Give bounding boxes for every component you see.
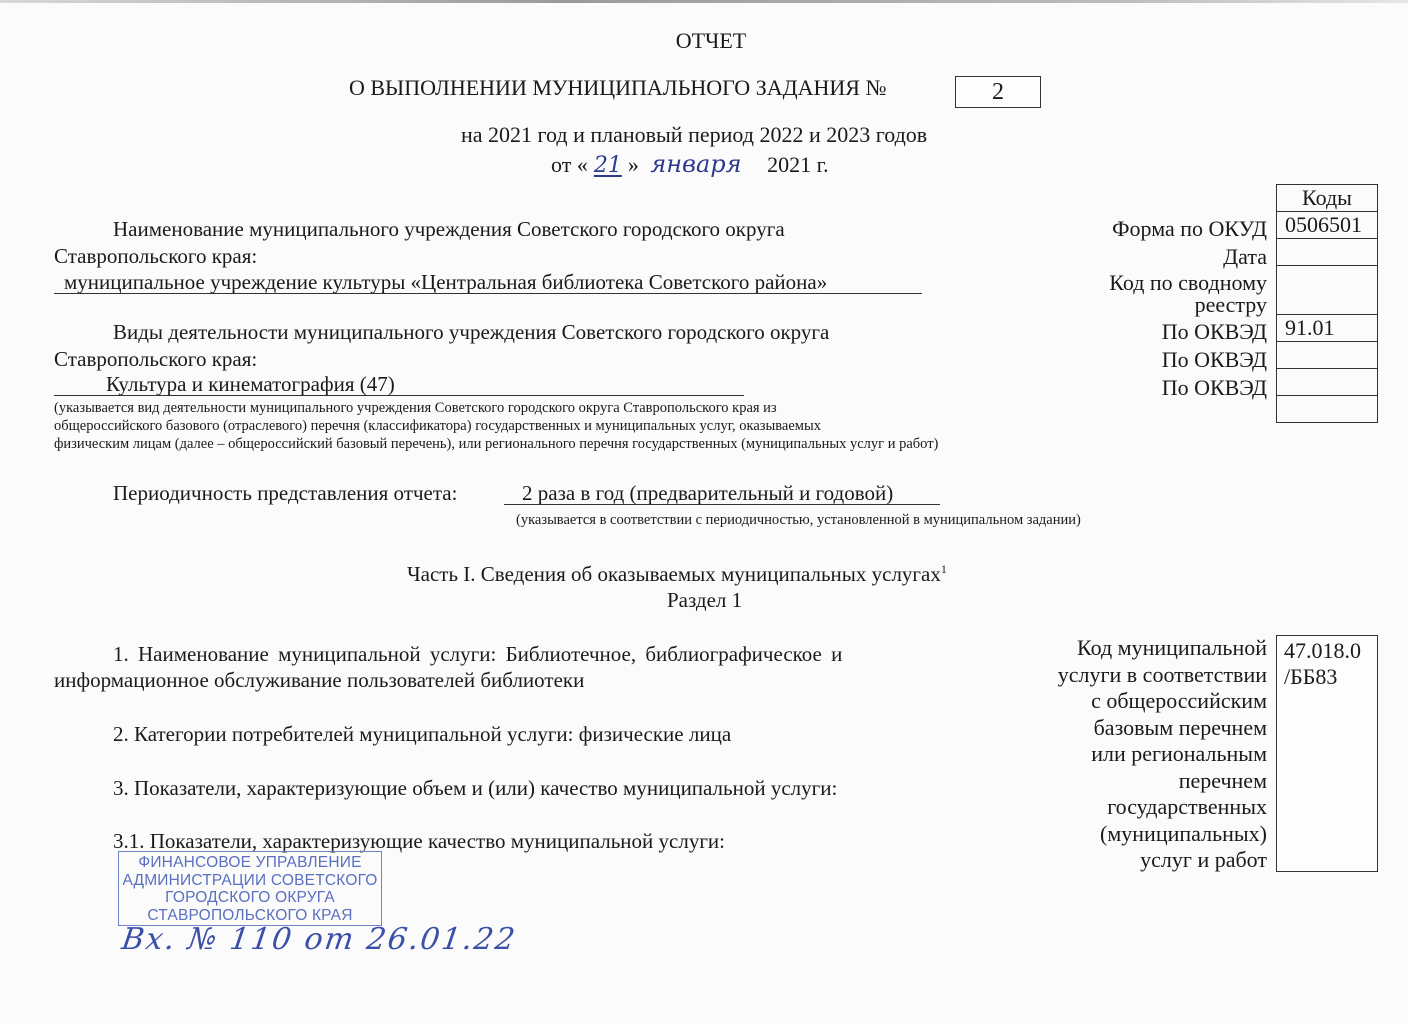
- task-number-box: 2: [955, 76, 1041, 108]
- code-extra: [1277, 396, 1378, 423]
- periodicity-underline: [504, 504, 940, 505]
- periodicity-label: Периодичность представления отчета:: [113, 481, 457, 506]
- stamp-line: ФИНАНСОВОЕ УПРАВЛЕНИЕ: [119, 854, 381, 872]
- service-item-1-line-1: 1. Наименование муниципальной услуги: Би…: [113, 642, 842, 667]
- service-code-value-2: /ББ83: [1284, 664, 1377, 690]
- service-item-3: 3. Показатели, характеризующие объем и (…: [113, 776, 837, 801]
- activity-note-3: физическим лицам (далее – общероссийский…: [54, 435, 938, 453]
- activity-underline: [54, 395, 744, 396]
- service-code-label-line: государственных: [1058, 794, 1267, 821]
- part-title-text: Часть I. Сведения об оказываемых муницип…: [407, 562, 941, 586]
- service-item-2: 2. Категории потребителей муниципальной …: [113, 722, 731, 747]
- service-code-value-1: 47.018.0: [1284, 638, 1377, 664]
- periodicity-note: (указывается в соответствии с периодично…: [516, 511, 1081, 529]
- label-okved-3: По ОКВЭД: [1162, 375, 1267, 401]
- institution-name-value: муниципальное учреждение культуры «Центр…: [64, 270, 827, 295]
- footnote-mark: 1: [941, 562, 947, 576]
- doc-subtitle: О ВЫПОЛНЕНИИ МУНИЦИПАЛЬНОГО ЗАДАНИЯ №: [349, 75, 886, 101]
- label-okved-2: По ОКВЭД: [1162, 347, 1267, 373]
- service-code-box: 47.018.0 /ББ83: [1276, 635, 1378, 872]
- scan-edge: [0, 0, 1408, 3]
- service-code-label: Код муниципальнойуслуги в соответствиис …: [1058, 635, 1267, 874]
- codes-table: Коды 0506501 91.01: [1276, 184, 1378, 423]
- code-date: [1277, 239, 1378, 266]
- stamp-line: ГОРОДСКОГО ОКРУГА: [119, 889, 381, 907]
- date-day: 21: [588, 153, 628, 178]
- stamp-line: АДМИНИСТРАЦИИ СОВЕТСКОГО: [119, 872, 381, 890]
- institution-name-label-1: Наименование муниципального учреждения С…: [113, 217, 785, 242]
- date-year: 2021 г.: [767, 152, 829, 177]
- service-code-label-line: перечнем: [1058, 768, 1267, 795]
- service-code-label-line: (муниципальных): [1058, 821, 1267, 848]
- label-okved-1: По ОКВЭД: [1162, 319, 1267, 345]
- institution-name-label-2: Ставропольского края:: [54, 244, 257, 269]
- service-code-label-line: с общероссийским: [1058, 688, 1267, 715]
- code-okved-3: [1277, 369, 1378, 396]
- activity-label-2: Ставропольского края:: [54, 347, 257, 372]
- code-okved-1: 91.01: [1277, 315, 1378, 342]
- date-month: января: [650, 150, 741, 178]
- activity-label-1: Виды деятельности муниципального учрежде…: [113, 320, 829, 345]
- service-code-label-line: услуги в соответствии: [1058, 662, 1267, 689]
- service-code-label-line: базовым перечнем: [1058, 715, 1267, 742]
- institution-name-underline: [54, 293, 922, 294]
- doc-period: на 2021 год и плановый период 2022 и 202…: [461, 122, 927, 148]
- doc-date: от «21» января 2021 г.: [551, 150, 829, 178]
- part-title: Часть I. Сведения об оказываемых муницип…: [407, 562, 947, 587]
- service-code-label-line: или региональным: [1058, 741, 1267, 768]
- activity-note-2: общероссийского базового (отраслевого) п…: [54, 417, 821, 435]
- periodicity-value: 2 раза в год (предварительный и годовой): [522, 481, 893, 506]
- activity-value: Культура и кинематография (47): [106, 372, 395, 397]
- activity-note-1: (указывается вид деятельности муниципаль…: [54, 399, 777, 417]
- service-code-label-line: услуг и работ: [1058, 847, 1267, 874]
- date-mid: »: [628, 152, 639, 177]
- codes-header: Коды: [1277, 185, 1378, 212]
- doc-title: ОТЧЕТ: [0, 28, 1408, 54]
- section-title: Раздел 1: [667, 588, 742, 613]
- stamp-handwritten-note: Вх. № 110 от 26.01.22: [120, 922, 519, 957]
- registration-stamp: ФИНАНСОВОЕ УПРАВЛЕНИЕАДМИНИСТРАЦИИ СОВЕТ…: [118, 851, 382, 926]
- code-okved-2: [1277, 342, 1378, 369]
- label-okud: Форма по ОКУД: [1112, 216, 1267, 242]
- label-svod-1: Код по сводному: [1109, 272, 1267, 294]
- label-svod-2: реестру: [1109, 294, 1267, 316]
- service-code-label-line: Код муниципальной: [1058, 635, 1267, 662]
- service-item-1-line-2: информационное обслуживание пользователе…: [54, 668, 584, 693]
- label-date: Дата: [1223, 244, 1267, 270]
- label-svod: Код по сводному реестру: [1109, 272, 1267, 316]
- code-svod: [1277, 266, 1378, 315]
- date-prefix: от «: [551, 152, 588, 177]
- code-okud: 0506501: [1277, 212, 1378, 239]
